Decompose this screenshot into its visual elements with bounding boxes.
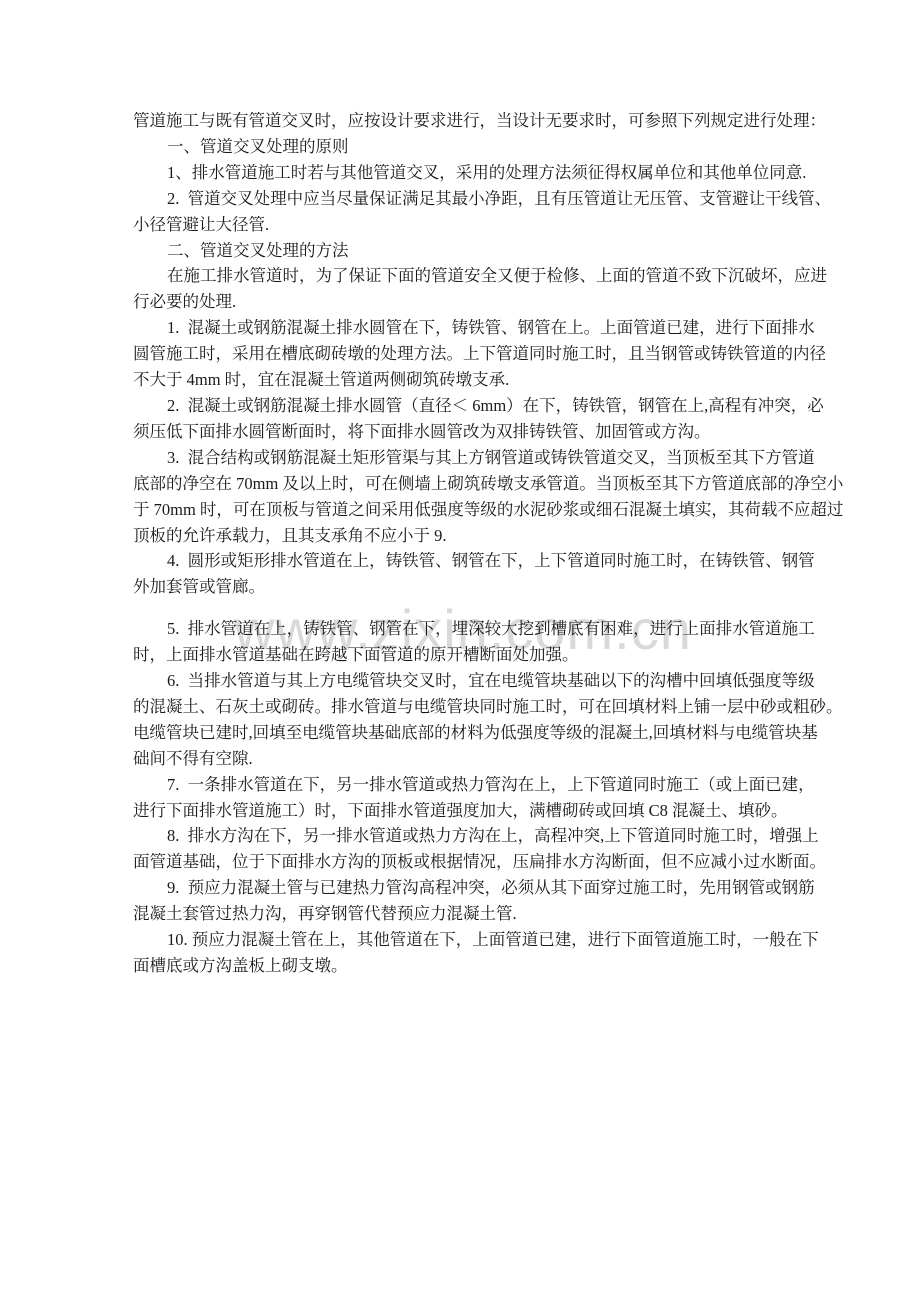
text-line: 7. 一条排水管道在下，另一排水管道或热力管沟在上，上下管道同时施工（或上面已建… bbox=[133, 772, 797, 798]
text-line: 二、管道交叉处理的方法 bbox=[133, 238, 797, 264]
text-line: 6. 当排水管道与其上方电缆管块交叉时，宜在电缆管块基础以下的沟槽中回填低强度等… bbox=[133, 668, 797, 694]
text-line: 电缆管块已建时,回填至电缆管块基础底部的材料为低强度等级的混凝土,回填材料与电缆… bbox=[133, 720, 797, 746]
text-line: 2. 混凝土或钢筋混凝土排水圆管（直径＜ 6mm）在下，铸铁管，钢管在上,高程有… bbox=[133, 393, 797, 419]
text-line: 小径管避让大径管. bbox=[133, 212, 797, 238]
text-line: 在施工排水管道时，为了保证下面的管道安全又便于检修、上面的管道不致下沉破坏，应进 bbox=[133, 263, 797, 289]
text-line: 不大于 4mm 时，宜在混凝土管道两侧砌筑砖墩支承. bbox=[133, 367, 797, 393]
paragraph-spacer bbox=[133, 600, 797, 616]
text-line: 2. 管道交叉处理中应当尽量保证满足其最小净距，且有压管道让无压管、支管避让干线… bbox=[133, 186, 797, 212]
text-line: 1. 混凝土或钢筋混凝土排水圆管在下，铸铁管、钢管在上。上面管道已建，进行下面排… bbox=[133, 315, 797, 341]
text-line: 管道施工与既有管道交叉时，应按设计要求进行，当设计无要求时，可参照下列规定进行处… bbox=[133, 108, 797, 134]
text-line: 8. 排水方沟在下，另一排水管道或热力方沟在上，高程冲突,上下管道同时施工时，增… bbox=[133, 823, 797, 849]
text-line: 面管道基础，位于下面排水方沟的顶板或根据情况，压扁排水方沟断面，但不应减小过水断… bbox=[133, 849, 797, 875]
text-line: 4. 圆形或矩形排水管道在上，铸铁管、钢管在下，上下管道同时施工时，在铸铁管、钢… bbox=[133, 548, 797, 574]
document-text: 管道施工与既有管道交叉时，应按设计要求进行，当设计无要求时，可参照下列规定进行处… bbox=[133, 108, 797, 979]
text-line: 一、管道交叉处理的原则 bbox=[133, 134, 797, 160]
text-line: 外加套管或管廊。 bbox=[133, 574, 797, 600]
text-line: 顶板的允许承载力，且其支承角不应小于 9. bbox=[133, 523, 797, 549]
text-line: 9. 预应力混凝土管与已建热力管沟高程冲突，必须从其下面穿过施工时，先用钢管或钢… bbox=[133, 875, 797, 901]
document-page: { "watermark": { "text": "www.zixin.com.… bbox=[0, 0, 920, 1302]
text-line: 1、排水管道施工时若与其他管道交叉，采用的处理方法须征得权属单位和其他单位同意. bbox=[133, 160, 797, 186]
text-line: 进行下面排水管道施工）时，下面排水管道强度加大，满槽砌砖或回填 C8 混凝土、填… bbox=[133, 798, 797, 824]
text-line: 5. 排水管道在上，铸铁管、钢管在下，埋深较大挖到槽底有困难，进行上面排水管道施… bbox=[133, 616, 797, 642]
text-line: 混凝土套管过热力沟，再穿钢管代替预应力混凝土管. bbox=[133, 901, 797, 927]
text-line: 3. 混合结构或钢筋混凝土矩形管渠与其上方钢管道或铸铁管道交叉，当顶板至其下方管… bbox=[133, 445, 797, 471]
text-line: 圆管施工时，采用在槽底砌砖墩的处理方法。上下管道同时施工时，且当钢管或铸铁管道的… bbox=[133, 341, 797, 367]
text-line: 底部的净空在 70mm 及以上时，可在侧墙上砌筑砖墩支承管道。当顶板至其下方管道… bbox=[133, 471, 797, 497]
text-line: 行必要的处理. bbox=[133, 289, 797, 315]
text-line: 础间不得有空隙. bbox=[133, 746, 797, 772]
text-line: 于 70mm 时，可在顶板与管道之间采用低强度等级的水泥砂浆或细石混凝土填实，其… bbox=[133, 497, 797, 523]
text-line: 面槽底或方沟盖板上砌支墩。 bbox=[133, 953, 797, 979]
text-line: 须压低下面排水圆管断面时，将下面排水圆管改为双排铸铁管、加固管或方沟。 bbox=[133, 419, 797, 445]
text-line: 时，上面排水管道基础在跨越下面管道的原开槽断面处加强。 bbox=[133, 642, 797, 668]
text-line: 10. 预应力混凝土管在上，其他管道在下，上面管道已建，进行下面管道施工时，一般… bbox=[133, 927, 797, 953]
text-line: 的混凝土、石灰土或砌砖。排水管道与电缆管块同时施工时，可在回填材料上铺一层中砂或… bbox=[133, 694, 797, 720]
